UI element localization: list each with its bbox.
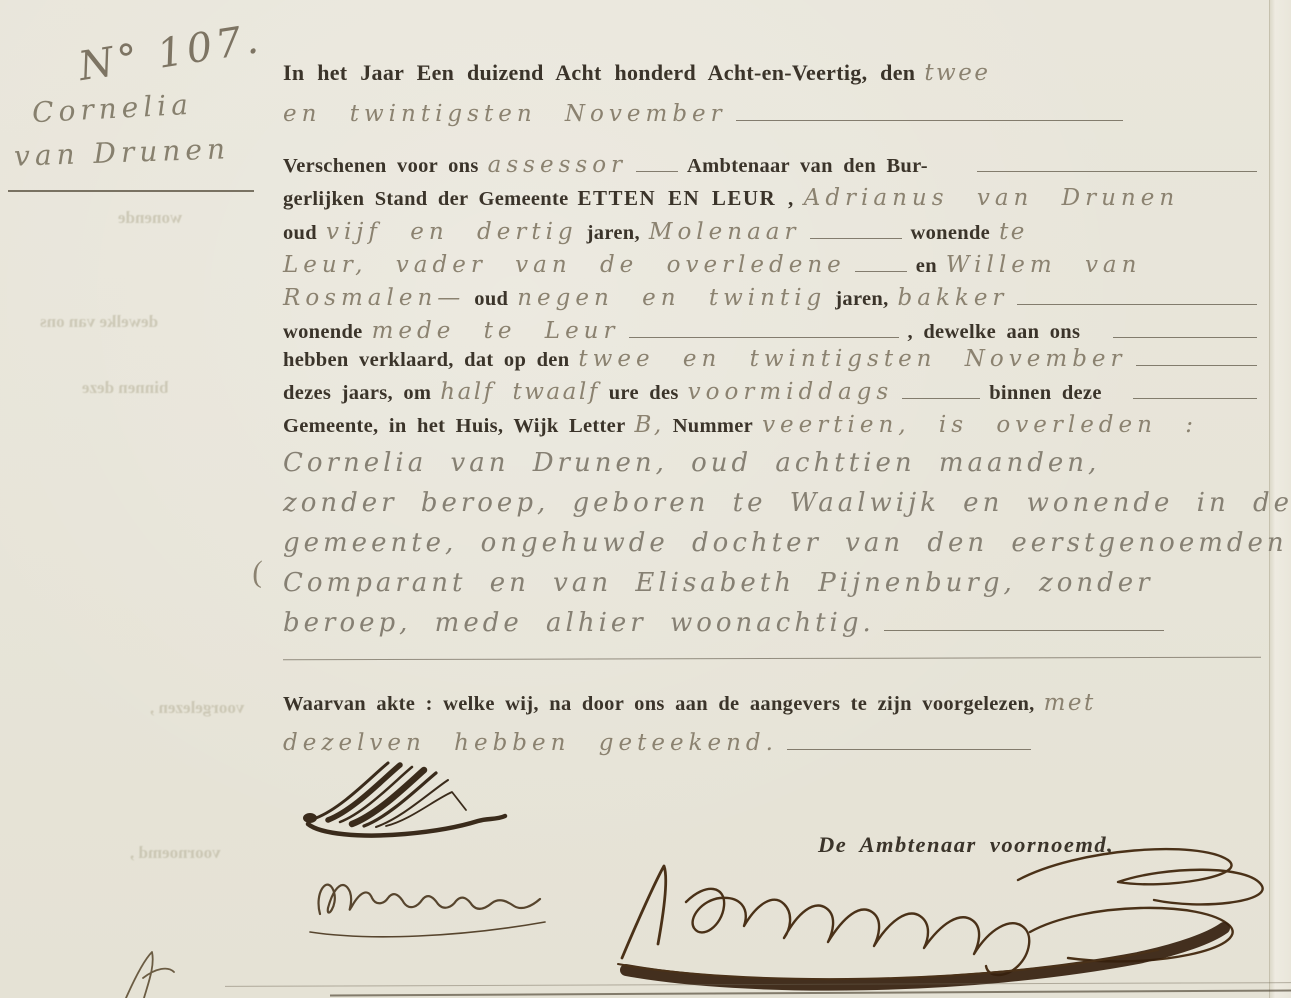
handwritten-entry: te <box>999 219 1027 245</box>
body-line-7: Rosmalen— oud negen en twintig jaren, ba… <box>283 285 1257 311</box>
handwritten-declarant-1-name: Adrianus van Drunen <box>804 185 1179 211</box>
printed-text: wonende <box>283 321 363 344</box>
signature-declarant-2 <box>310 862 560 942</box>
printed-text: wonende <box>911 222 991 245</box>
bleedthrough-text: wonende <box>118 208 182 228</box>
handwritten-entry: zonder beroep, geboren te Waalwijk en wo… <box>283 488 1291 518</box>
body-line-8: wonende mede te Leur , dewelke aan ons <box>283 318 1257 344</box>
fill-line <box>1113 332 1257 338</box>
handwritten-entry: met <box>1044 690 1096 716</box>
handwritten-occupation: bakker <box>898 285 1009 311</box>
body-line-3: Verschenen voor ons assessor Ambtenaar v… <box>283 152 1257 178</box>
body-line-6: Leur, vader van de overledene en Willem … <box>283 252 1257 278</box>
handwritten-entry: beroep, mede alhier woonachtig. <box>283 608 875 638</box>
handwritten-house-number: veertien, is overleden : <box>762 412 1198 438</box>
handwritten-entry: Rosmalen— <box>283 285 465 311</box>
bleedthrough-text: voornoemd , <box>130 843 221 863</box>
body-line-16: beroep, mede alhier woonachtig. <box>283 608 1257 638</box>
body-line-15: Comparant en van Elisabeth Pijnenburg, z… <box>283 568 1257 598</box>
fill-line <box>1133 393 1257 399</box>
body-line-2: en twintigsten November <box>283 101 1123 127</box>
printed-text: hebben verklaard, dat op den <box>283 349 569 372</box>
margin-deceased-name-1: Cornelia <box>31 88 193 129</box>
printed-text: oud <box>474 288 508 311</box>
body-line-9: hebben verklaard, dat op den twee en twi… <box>283 346 1257 372</box>
signature-declarant-1 <box>300 758 540 846</box>
printed-text: binnen deze <box>989 382 1102 405</box>
handwritten-mother-name: Comparant en van Elisabeth Pijnenburg, z… <box>283 568 1154 598</box>
printed-text: dezes jaars, om <box>283 382 431 405</box>
handwritten-deceased-name: Cornelia van Drunen, oud achttien maande… <box>283 448 1100 478</box>
handwritten-declarant-2-name: Willem van <box>946 252 1142 278</box>
margin-rule <box>8 190 254 192</box>
fill-line <box>1136 360 1257 366</box>
printed-text: jaren, <box>587 222 640 245</box>
handwritten-date: twee en twintigsten November <box>578 346 1126 372</box>
pen-stroke: ( <box>250 555 265 590</box>
body-line-11: Gemeente, in het Huis, Wijk Letter B, Nu… <box>283 412 1257 438</box>
printed-text: jaren, <box>835 288 888 311</box>
fill-line <box>636 166 678 172</box>
fill-line <box>810 233 902 239</box>
handwritten-entry: voormiddags <box>688 379 894 405</box>
printed-text: Nummer <box>673 415 753 438</box>
body-line-4: gerlijken Stand der Gemeente ETTEN EN LE… <box>283 185 1257 211</box>
fill-line <box>629 332 899 338</box>
body-line-5: oud vijf en dertig jaren, Molenaar wonen… <box>283 219 1257 245</box>
handwritten-entry: gemeente, ongehuwde dochter van den eers… <box>283 528 1288 558</box>
act-number: N° 107. <box>76 16 266 90</box>
printed-text: oud <box>283 222 317 245</box>
handwritten-entry: Leur, vader van de overledene <box>283 252 846 278</box>
fill-line <box>787 744 1031 750</box>
printed-text: Waarvan akte : welke wij, na door ons aa… <box>283 693 1035 716</box>
fill-line <box>902 393 980 399</box>
printed-text: In het Jaar Een duizend Acht honderd Ach… <box>283 60 915 86</box>
body-line-12: Cornelia van Drunen, oud achttien maande… <box>283 448 1257 478</box>
bleedthrough-text: voorgelezen , <box>150 698 244 718</box>
body-line-1: In het Jaar Een duizend Acht honderd Ach… <box>283 60 1257 86</box>
municipality-name: ETTEN EN LEUR , <box>578 186 795 211</box>
handwritten-occupation: Molenaar <box>649 219 801 245</box>
margin-deceased-name-2: van Drunen <box>13 132 230 173</box>
handwritten-age: negen en twintig <box>517 285 826 311</box>
printed-text: Ambtenaar van den Bur- <box>687 155 928 178</box>
body-line-18: dezelven hebben geteekend. <box>283 730 1031 756</box>
handwritten-age: vijf en dertig <box>326 219 578 245</box>
body-line-17: Waarvan akte : welke wij, na door ons aa… <box>283 690 1257 716</box>
fill-line <box>736 115 1123 121</box>
body-line-10: dezes jaars, om half twaalf ure des voor… <box>283 379 1257 405</box>
printed-text: Gemeente, in het Huis, Wijk Letter <box>283 415 625 438</box>
handwritten-entry: en twintigsten November <box>283 101 727 127</box>
fill-line <box>1017 299 1257 305</box>
body-line-14: gemeente, ongehuwde dochter van den eers… <box>283 528 1257 558</box>
handwritten-entry: mede te Leur <box>372 318 620 344</box>
fill-line <box>977 166 1257 172</box>
fill-line <box>855 266 907 272</box>
bleedthrough-text: dewelke van ons <box>40 312 158 332</box>
handwritten-house-letter: B, <box>634 412 663 438</box>
printed-text: , dewelke aan ons <box>908 321 1081 344</box>
handwritten-entry: twee <box>924 60 990 86</box>
signature-official <box>598 840 1278 990</box>
printed-text: ure des <box>609 382 679 405</box>
death-certificate-page: N° 107. Cornelia van Drunen wonende dewe… <box>0 0 1291 998</box>
printed-text: gerlijken Stand der Gemeente <box>283 188 569 211</box>
fill-line <box>884 625 1164 631</box>
body-line-13: zonder beroep, geboren te Waalwijk en wo… <box>283 488 1257 518</box>
handwritten-time: half twaalf <box>440 379 599 405</box>
pen-flourish <box>108 952 200 998</box>
printed-text: Verschenen voor ons <box>283 155 479 178</box>
printed-text: en <box>916 255 937 278</box>
handwritten-entry: assessor <box>488 152 627 178</box>
handwritten-entry: dezelven hebben geteekend. <box>283 730 778 756</box>
section-divider-line <box>283 657 1261 661</box>
bleedthrough-text: binnen deze <box>82 378 168 398</box>
